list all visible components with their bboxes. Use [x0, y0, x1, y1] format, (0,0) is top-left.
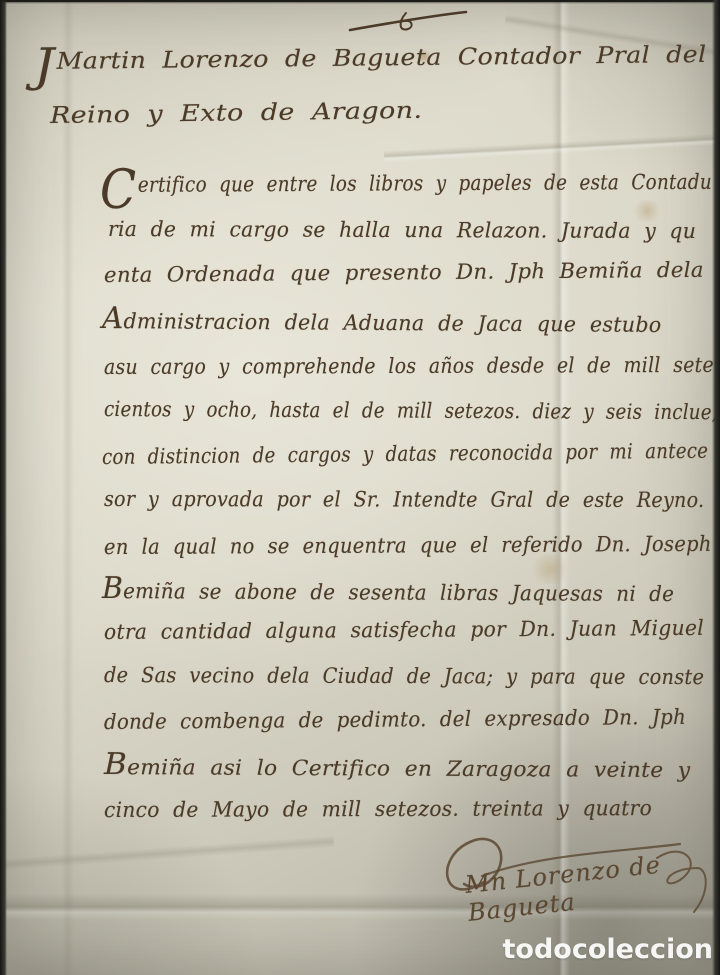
paper-crease: [4, 836, 334, 871]
todocoleccion-watermark: todocoleccion: [503, 934, 714, 965]
manuscript-line: donde combenga de pedimto. del expresado…: [104, 702, 686, 737]
dropcap-initial: C: [100, 158, 138, 221]
line-text: Bemiña asi lo Certifico en Zaragoza a ve…: [104, 755, 691, 782]
scanned-document-photo: JMartin Lorenzo de Bagueta Contador Pral…: [0, 0, 720, 975]
line-text: Administracion dela Aduana de Jaca que e…: [102, 309, 662, 337]
line-text: otra cantidad alguna satisfecha por Dn. …: [104, 616, 704, 644]
manuscript-line: cinco de Mayo de mill setezos. treinta y…: [104, 793, 652, 825]
manuscript-line: otra cantidad alguna satisfecha por Dn. …: [104, 613, 704, 647]
manuscript-line: asu cargo y comprehende los años desde e…: [104, 350, 714, 382]
line-text: cientos y ocho, hasta el de mill setezos…: [104, 397, 718, 424]
paper-crease: [62, 2, 74, 975]
heading-text: Reino y Exto de Aragon.: [50, 98, 423, 129]
line-text: con distincion de cargos y datas reconoc…: [102, 439, 709, 469]
heading-line: Reino y Exto de Aragon.: [50, 95, 423, 132]
manuscript-line: sor y aprovada por el Sr. Intendte Gral …: [104, 484, 704, 515]
heading-text: Martin Lorenzo de Bagueta Contador Pral …: [56, 42, 706, 75]
heading-monogram: J: [34, 38, 57, 92]
manuscript-line: Bemiña asi lo Certifico en Zaragoza a ve…: [104, 750, 691, 785]
paper-crease: [384, 133, 720, 163]
line-text: sor y aprovada por el Sr. Intendte Gral …: [104, 487, 704, 512]
manuscript-line: de Sas vecino dela Ciudad de Jaca; y par…: [104, 660, 704, 692]
line-text: enta Ordenada que presento Dn. Jph Bemiñ…: [104, 258, 704, 287]
line-text: ertifico que entre los libros y papeles …: [138, 170, 712, 197]
cross-flourish-mark: [344, 4, 474, 38]
manuscript-line: en la qual no se enquentra que el referi…: [104, 529, 712, 562]
line-text: cinco de Mayo de mill setezos. treinta y…: [104, 796, 652, 822]
manuscript-line: con distincion de cargos y datas reconoc…: [102, 436, 709, 472]
line-text: ria de mi cargo se halla una Relazon. Ju…: [108, 217, 696, 243]
manuscript-line: enta Ordenada que presento Dn. Jph Bemiñ…: [104, 255, 704, 290]
manuscript-line: ria de mi cargo se halla una Relazon. Ju…: [108, 214, 696, 246]
heading-line: JMartin Lorenzo de Bagueta Contador Pral…: [34, 39, 707, 81]
signature: Mn Lorenzo de Bagueta: [464, 845, 717, 927]
line-text: Bemiña se abone de sesenta libras Jaques…: [102, 579, 674, 606]
line-text: donde combenga de pedimto. del expresado…: [104, 705, 686, 734]
manuscript-paper: JMartin Lorenzo de Bagueta Contador Pral…: [4, 2, 715, 975]
line-text: de Sas vecino dela Ciudad de Jaca; y par…: [104, 663, 704, 689]
line-text: en la qual no se enquentra que el referi…: [104, 532, 712, 559]
manuscript-line: Bemiña se abone de sesenta libras Jaques…: [102, 574, 674, 609]
manuscript-line: Certifico que entre los libros y papeles…: [100, 167, 712, 205]
manuscript-line: Administracion dela Aduana de Jaca que e…: [102, 304, 662, 340]
manuscript-line: cientos y ocho, hasta el de mill setezos…: [104, 394, 718, 427]
line-text: asu cargo y comprehende los años desde e…: [104, 353, 714, 379]
